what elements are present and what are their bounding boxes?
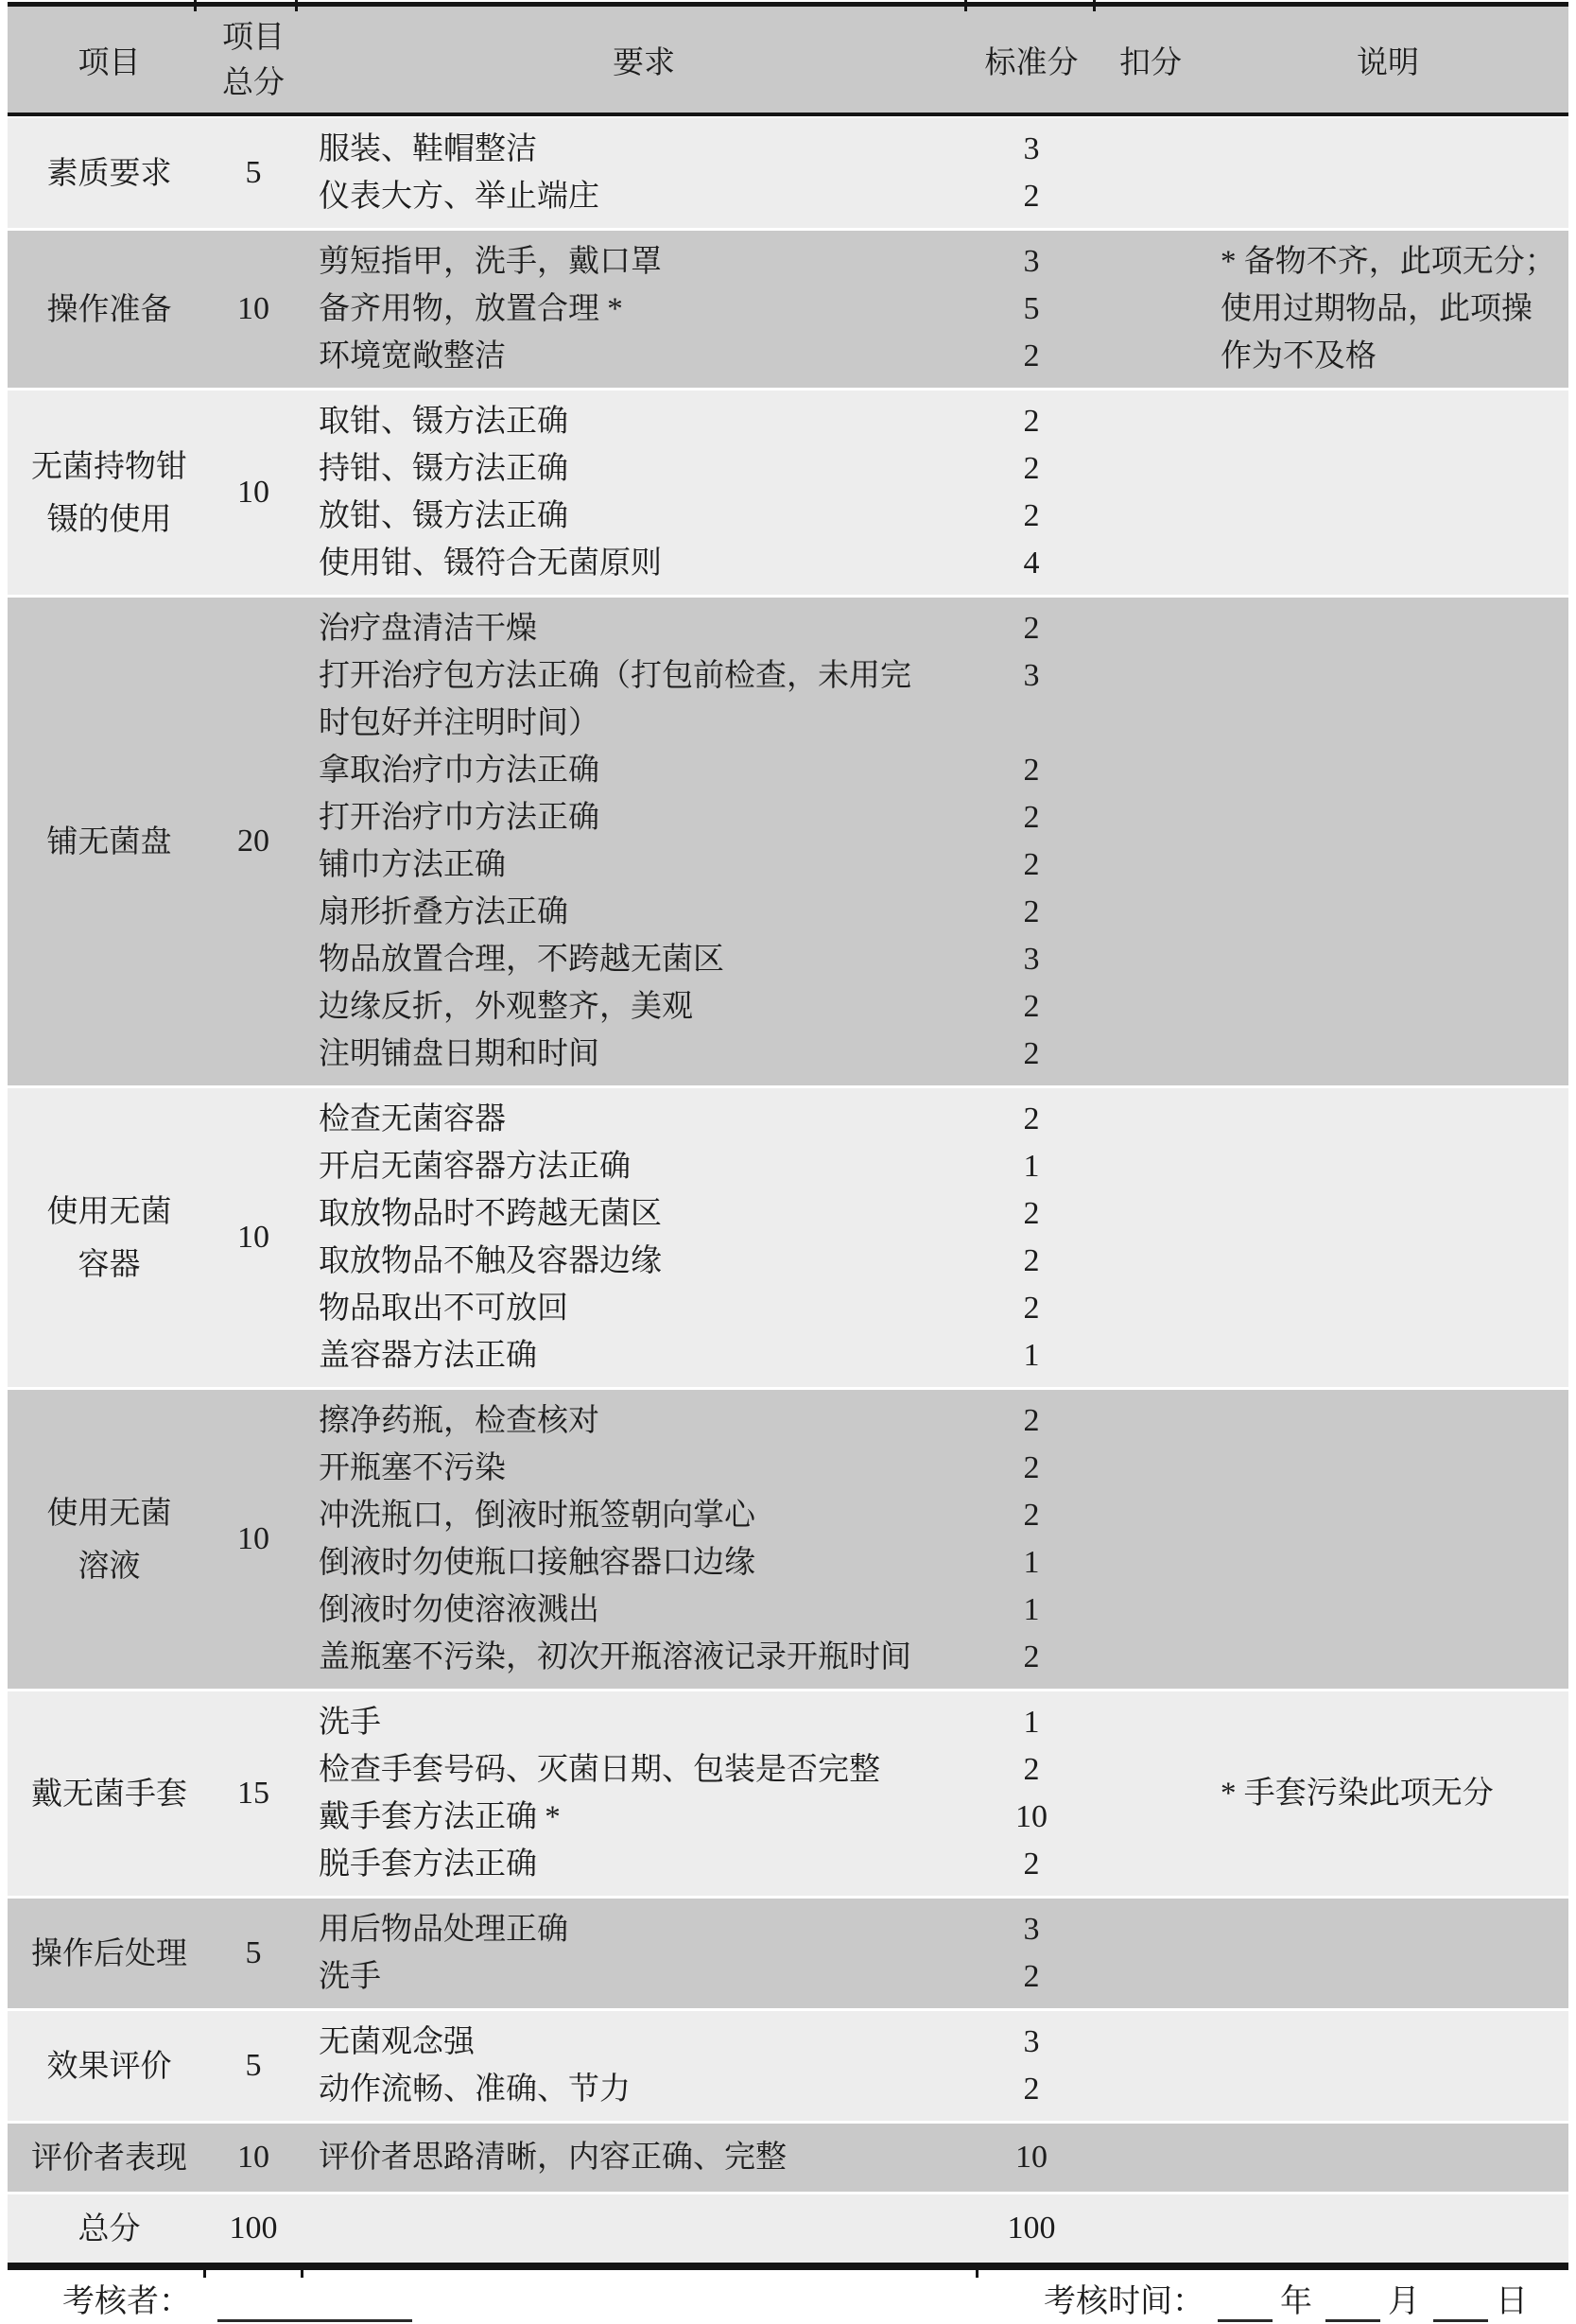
requirement-score: 3 [969, 2019, 1094, 2066]
requirement-score: 2 [969, 333, 1094, 380]
requirement-score: 2 [969, 605, 1094, 652]
deduction-cell [1094, 1906, 1207, 2001]
requirement-line: 服装、鞋帽整洁 [319, 126, 969, 173]
requirement-row: 检查无菌容器 2 [296, 1096, 1094, 1143]
table-row-section: 素质要求 5 服装、鞋帽整洁 3 仪表大方、举止端庄 2 [8, 118, 1568, 228]
requirement-line: 盖瓶塞不污染，初次开瓶溶液记录开瓶时间 [319, 1634, 969, 1681]
item-name-line: 评价者表现 [31, 2131, 187, 2184]
assessor-field: 考核者： [62, 2275, 412, 2322]
column-tick [964, 0, 967, 11]
page-footer: 考核者： 考核时间：年月日 [0, 2267, 1576, 2324]
requirement-text: 盖容器方法正确 [319, 1332, 969, 1379]
requirement-text: 拿取治疗巾方法正确 [319, 747, 969, 794]
requirement-score: 2 [969, 841, 1094, 889]
requirement-text: 剪短指甲，洗手，戴口罩 [319, 238, 969, 286]
assessor-label: 考核者： [62, 2284, 191, 2319]
deduction-cell [1094, 1397, 1207, 1681]
requirement-score: 2 [969, 2066, 1094, 2113]
requirement-row: 使用钳、镊符合无菌原则 4 [296, 540, 1094, 587]
requirement-row: 铺巾方法正确 2 [296, 841, 1094, 889]
requirement-row: 盖容器方法正确 1 [296, 1332, 1094, 1379]
scanned-assessment-page: { "table": { "header": { "col_item": "项目… [0, 0, 1576, 2324]
requirement-row: 开瓶塞不污染 2 [296, 1445, 1094, 1492]
item-name-line: 总分 [78, 2202, 141, 2255]
requirement-line: 打开治疗包方法正确（打包前检查，未用完 [319, 652, 969, 700]
item-total: 5 [211, 1906, 296, 2001]
requirement-score: 2 [969, 1445, 1094, 1492]
table-row-section: 戴无菌手套 15 洗手 1 检查手套号码、灭菌日期、包装是否完整 2 戴手套方法… [8, 1691, 1568, 1896]
requirement-text: 注明铺盘日期和时间 [319, 1031, 969, 1078]
item-total: 10 [211, 1096, 296, 1379]
requirement-text: 持钳、镊方法正确 [319, 445, 969, 493]
table-row-section: 操作后处理 5 用后物品处理正确 3 洗手 2 [8, 1899, 1568, 2008]
item-name: 使用无菌溶液 [8, 1397, 211, 1681]
table-header-row: 项目 项目 总分 要求 标准分 扣分 说明 [8, 7, 1568, 113]
day-label: 日 [1496, 2284, 1528, 2319]
item-name-line: 效果评价 [47, 2039, 172, 2092]
requirements: 服装、鞋帽整洁 3 仪表大方、举止端庄 2 [296, 126, 1094, 220]
requirement-text: 倒液时勿使瓶口接触容器口边缘 [319, 1539, 969, 1587]
requirement-score: 2 [969, 493, 1094, 540]
requirement-text: 取放物品时不跨越无菌区 [319, 1190, 969, 1238]
requirements: 洗手 1 检查手套号码、灭菌日期、包装是否完整 2 戴手套方法正确 * 10 脱… [296, 1699, 1094, 1888]
requirement-text: 物品取出不可放回 [319, 1285, 969, 1332]
requirement-line: 拿取治疗巾方法正确 [319, 747, 969, 794]
table-row-section: 操作准备 10 剪短指甲，洗手，戴口罩 3 备齐用物，放置合理 * 5 环境宽敞… [8, 231, 1568, 388]
requirement-score: 1 [969, 1699, 1094, 1746]
requirement-score: 1 [969, 1539, 1094, 1587]
month-label: 月 [1388, 2284, 1420, 2319]
requirement-score: 2 [969, 1285, 1094, 1332]
requirement-row: 备齐用物，放置合理 * 5 [296, 286, 1094, 333]
requirement-score: 2 [969, 1031, 1094, 1078]
requirement-line: 边缘反折，外观整齐，美观 [319, 983, 969, 1031]
item-name: 铺无菌盘 [8, 605, 211, 1078]
requirement-row: 洗手 2 [296, 1953, 1094, 2001]
column-tick [1093, 0, 1096, 11]
requirement-line: 用后物品处理正确 [319, 1906, 969, 1953]
note-line: * 手套污染此项无分 [1221, 1770, 1568, 1817]
requirement-row: 用后物品处理正确 3 [296, 1906, 1094, 1953]
column-tick [295, 0, 298, 11]
item-total: 5 [211, 126, 296, 220]
deduction-cell [1094, 2202, 1207, 2255]
requirement-row: 盖瓶塞不污染，初次开瓶溶液记录开瓶时间 2 [296, 1634, 1094, 1681]
requirements: 100 [296, 2202, 1094, 2255]
item-name: 无菌持物钳镊的使用 [8, 398, 211, 587]
assessment-time-label: 考核时间： [1044, 2284, 1204, 2319]
item-name-line: 溶液 [78, 1539, 141, 1592]
requirement-line: 备齐用物，放置合理 * [319, 286, 969, 333]
requirement-score: 2 [969, 1190, 1094, 1238]
item-total: 15 [211, 1699, 296, 1888]
note [1207, 126, 1568, 220]
requirement-line: 取钳、镊方法正确 [319, 398, 969, 445]
table-row-section: 总分 100 100 [8, 2194, 1568, 2263]
requirement-line: 放钳、镊方法正确 [319, 493, 969, 540]
requirement-score: 2 [969, 1397, 1094, 1445]
requirement-text: 动作流畅、准确、节力 [319, 2066, 969, 2113]
requirement-text: 评价者思路清晰，内容正确、完整 [319, 2134, 969, 2181]
requirement-line: 倒液时勿使溶液溅出 [319, 1587, 969, 1634]
item-total: 10 [211, 1397, 296, 1681]
deduction-cell [1094, 398, 1207, 587]
assessor-blank-line [217, 2319, 412, 2322]
requirement-row: 擦净药瓶，检查核对 2 [296, 1397, 1094, 1445]
requirement-text: 盖瓶塞不污染，初次开瓶溶液记录开瓶时间 [319, 1634, 969, 1681]
requirement-text: 洗手 [319, 1953, 969, 2001]
requirements: 剪短指甲，洗手，戴口罩 3 备齐用物，放置合理 * 5 环境宽敞整洁 2 [296, 238, 1094, 380]
requirement-score: 3 [969, 238, 1094, 286]
year-label: 年 [1280, 2284, 1312, 2319]
note-line: 作为不及格 [1221, 333, 1568, 380]
requirement-score: 3 [969, 652, 1094, 700]
requirement-line: 铺巾方法正确 [319, 841, 969, 889]
requirement-score: 1 [969, 1143, 1094, 1190]
table-row-section: 铺无菌盘 20 治疗盘清洁干燥 2 打开治疗包方法正确（打包前检查，未用完时包好… [8, 598, 1568, 1085]
header-col-item: 项目 [8, 38, 211, 82]
header-col-notes: 说明 [1207, 38, 1568, 82]
assessment-table: 项目 项目 总分 要求 标准分 扣分 说明 素质要求 5 服装、鞋帽整洁 3 仪… [8, 0, 1568, 2270]
requirements: 治疗盘清洁干燥 2 打开治疗包方法正确（打包前检查，未用完时包好并注明时间） 3… [296, 605, 1094, 1078]
requirement-row: 服装、鞋帽整洁 3 [296, 126, 1094, 173]
requirement-line: 取放物品不触及容器边缘 [319, 1238, 969, 1285]
requirement-text: 洗手 [319, 1699, 969, 1746]
requirement-score: 2 [969, 794, 1094, 841]
requirement-row: 持钳、镊方法正确 2 [296, 445, 1094, 493]
deduction-cell [1094, 1096, 1207, 1379]
requirement-text: 开启无菌容器方法正确 [319, 1143, 969, 1190]
header-col-standard-score: 标准分 [969, 38, 1094, 82]
requirement-line: 动作流畅、准确、节力 [319, 2066, 969, 2113]
requirement-line: 物品取出不可放回 [319, 1285, 969, 1332]
item-total: 5 [211, 2019, 296, 2113]
requirement-row: 检查手套号码、灭菌日期、包装是否完整 2 [296, 1746, 1094, 1794]
requirement-row: 100 [296, 2205, 1094, 2252]
requirement-row: 环境宽敞整洁 2 [296, 333, 1094, 380]
requirements: 检查无菌容器 2 开启无菌容器方法正确 1 取放物品时不跨越无菌区 2 取放物品… [296, 1096, 1094, 1379]
requirement-line: 剪短指甲，洗手，戴口罩 [319, 238, 969, 286]
table-row-section: 使用无菌溶液 10 擦净药瓶，检查核对 2 开瓶塞不污染 2 冲洗瓶口，倒液时瓶… [8, 1390, 1568, 1689]
requirement-line: 环境宽敞整洁 [319, 333, 969, 380]
requirement-row: 脱手套方法正确 2 [296, 1841, 1094, 1888]
item-name: 总分 [8, 2202, 211, 2255]
year-blank-line [1218, 2319, 1273, 2322]
requirement-line: 洗手 [319, 1699, 969, 1746]
requirement-text: 擦净药瓶，检查核对 [319, 1397, 969, 1445]
note: * 手套污染此项无分 [1207, 1699, 1568, 1888]
assessment-time-field: 考核时间：年月日 [1044, 2275, 1528, 2322]
requirement-score: 2 [969, 1492, 1094, 1539]
requirement-text: 冲洗瓶口，倒液时瓶签朝向掌心 [319, 1492, 969, 1539]
requirement-line: 无菌观念强 [319, 2019, 969, 2066]
requirement-row: 打开治疗包方法正确（打包前检查，未用完时包好并注明时间） 3 [296, 652, 1094, 747]
requirement-score: 1 [969, 1587, 1094, 1634]
deduction-cell [1094, 1699, 1207, 1888]
requirement-row: 边缘反折，外观整齐，美观 2 [296, 983, 1094, 1031]
requirement-text: 打开治疗巾方法正确 [319, 794, 969, 841]
requirement-text: 用后物品处理正确 [319, 1906, 969, 1953]
requirement-row: 取放物品不触及容器边缘 2 [296, 1238, 1094, 1285]
requirement-score: 2 [969, 1841, 1094, 1888]
note [1207, 2019, 1568, 2113]
requirement-score: 2 [969, 747, 1094, 794]
requirement-score: 2 [969, 1746, 1094, 1794]
requirement-line: 冲洗瓶口，倒液时瓶签朝向掌心 [319, 1492, 969, 1539]
requirement-text: 倒液时勿使溶液溅出 [319, 1587, 969, 1634]
requirement-line: 检查无菌容器 [319, 1096, 969, 1143]
header-col-deduction: 扣分 [1094, 38, 1207, 82]
requirement-row: 物品放置合理，不跨越无菌区 3 [296, 936, 1094, 983]
requirement-row: 开启无菌容器方法正确 1 [296, 1143, 1094, 1190]
requirement-score: 2 [969, 1953, 1094, 2001]
requirement-line: 开瓶塞不污染 [319, 1445, 969, 1492]
requirement-score: 3 [969, 126, 1094, 173]
requirement-score: 2 [969, 445, 1094, 493]
note [1207, 605, 1568, 1078]
requirement-text: 铺巾方法正确 [319, 841, 969, 889]
note-line: * 备物不齐，此项无分； [1221, 238, 1568, 286]
table-sections: 素质要求 5 服装、鞋帽整洁 3 仪表大方、举止端庄 2 操作准备 10 剪短指… [8, 118, 1568, 2263]
requirement-text: 扇形折叠方法正确 [319, 889, 969, 936]
requirement-line: 脱手套方法正确 [319, 1841, 969, 1888]
requirement-row: 仪表大方、举止端庄 2 [296, 173, 1094, 220]
header-col-item-total-line2: 总分 [211, 60, 296, 105]
item-name: 操作后处理 [8, 1906, 211, 2001]
requirement-score: 2 [969, 173, 1094, 220]
item-name-line: 操作后处理 [31, 1927, 187, 1980]
item-name-line: 铺无菌盘 [47, 815, 172, 868]
requirement-text: 戴手套方法正确 * [319, 1794, 969, 1841]
header-divider-rule [8, 113, 1568, 116]
note [1207, 2131, 1568, 2184]
requirement-line: 打开治疗巾方法正确 [319, 794, 969, 841]
requirements: 用后物品处理正确 3 洗手 2 [296, 1906, 1094, 2001]
deduction-cell [1094, 126, 1207, 220]
requirement-row: 注明铺盘日期和时间 2 [296, 1031, 1094, 1078]
requirement-row: 倒液时勿使溶液溅出 1 [296, 1587, 1094, 1634]
item-name-line: 素质要求 [47, 147, 172, 199]
requirement-row: 评价者思路清晰，内容正确、完整 10 [296, 2134, 1094, 2181]
requirements: 无菌观念强 3 动作流畅、准确、节力 2 [296, 2019, 1094, 2113]
deduction-cell [1094, 605, 1207, 1078]
requirement-row: 取放物品时不跨越无菌区 2 [296, 1190, 1094, 1238]
requirement-line: 检查手套号码、灭菌日期、包装是否完整 [319, 1746, 969, 1794]
requirement-line: 注明铺盘日期和时间 [319, 1031, 969, 1078]
item-name: 操作准备 [8, 238, 211, 380]
requirement-row: 扇形折叠方法正确 2 [296, 889, 1094, 936]
requirement-score: 4 [969, 540, 1094, 587]
table-row-section: 无菌持物钳镊的使用 10 取钳、镊方法正确 2 持钳、镊方法正确 2 放钳、镊方… [8, 390, 1568, 595]
item-name-line: 容器 [78, 1238, 141, 1291]
requirement-text: 备齐用物，放置合理 * [319, 286, 969, 333]
item-name-line: 使用无菌 [47, 1486, 172, 1539]
requirement-line: 扇形折叠方法正确 [319, 889, 969, 936]
requirement-row: 取钳、镊方法正确 2 [296, 398, 1094, 445]
item-total: 20 [211, 605, 296, 1078]
requirement-text: 环境宽敞整洁 [319, 333, 969, 380]
table-row-section: 效果评价 5 无菌观念强 3 动作流畅、准确、节力 2 [8, 2011, 1568, 2121]
requirement-score: 10 [969, 2134, 1094, 2181]
requirement-line: 取放物品时不跨越无菌区 [319, 1190, 969, 1238]
requirement-text: 使用钳、镊符合无菌原则 [319, 540, 969, 587]
requirement-row: 打开治疗巾方法正确 2 [296, 794, 1094, 841]
requirement-score: 2 [969, 398, 1094, 445]
requirement-text: 放钳、镊方法正确 [319, 493, 969, 540]
requirement-text: 取放物品不触及容器边缘 [319, 1238, 969, 1285]
requirement-text: 检查无菌容器 [319, 1096, 969, 1143]
requirement-line: 擦净药瓶，检查核对 [319, 1397, 969, 1445]
requirement-score: 10 [969, 1794, 1094, 1841]
item-name-line: 无菌持物钳 [31, 440, 187, 493]
requirement-score: 1 [969, 1332, 1094, 1379]
deduction-cell [1094, 2019, 1207, 2113]
header-col-item-total-line1: 项目 [211, 14, 296, 60]
header-col-requirements: 要求 [319, 38, 969, 82]
item-name: 使用无菌容器 [8, 1096, 211, 1379]
item-name: 戴无菌手套 [8, 1699, 211, 1888]
note: * 备物不齐，此项无分；使用过期物品，此项操作为不及格 [1207, 238, 1568, 380]
requirement-text: 开瓶塞不污染 [319, 1445, 969, 1492]
requirement-score: 2 [969, 1238, 1094, 1285]
requirement-text: 无菌观念强 [319, 2019, 969, 2066]
requirement-text: 服装、鞋帽整洁 [319, 126, 969, 173]
requirement-score: 2 [969, 889, 1094, 936]
requirement-text: 取钳、镊方法正确 [319, 398, 969, 445]
requirement-line: 持钳、镊方法正确 [319, 445, 969, 493]
requirement-score: 100 [969, 2205, 1094, 2252]
item-name-line: 操作准备 [47, 283, 172, 336]
column-tick [194, 0, 197, 11]
requirements: 擦净药瓶，检查核对 2 开瓶塞不污染 2 冲洗瓶口，倒液时瓶签朝向掌心 2 倒液… [296, 1397, 1094, 1681]
requirement-line: 物品放置合理，不跨越无菌区 [319, 936, 969, 983]
requirement-text: 脱手套方法正确 [319, 1841, 969, 1888]
requirement-score: 5 [969, 286, 1094, 333]
requirement-row: 戴手套方法正确 * 10 [296, 1794, 1094, 1841]
item-name-line: 戴无菌手套 [31, 1767, 187, 1820]
requirement-row: 放钳、镊方法正确 2 [296, 493, 1094, 540]
item-name: 效果评价 [8, 2019, 211, 2113]
item-total: 10 [211, 2131, 296, 2184]
requirement-text: 检查手套号码、灭菌日期、包装是否完整 [319, 1746, 969, 1794]
deduction-cell [1094, 238, 1207, 380]
requirements: 评价者思路清晰，内容正确、完整 10 [296, 2131, 1094, 2184]
requirement-line: 评价者思路清晰，内容正确、完整 [319, 2134, 969, 2181]
item-name-line: 使用无菌 [47, 1185, 172, 1238]
note [1207, 398, 1568, 587]
requirement-score: 2 [969, 983, 1094, 1031]
requirement-score: 2 [969, 1096, 1094, 1143]
header-col-item-total: 项目 总分 [211, 14, 296, 105]
requirement-row: 治疗盘清洁干燥 2 [296, 605, 1094, 652]
table-row-section: 评价者表现 10 评价者思路清晰，内容正确、完整 10 [8, 2124, 1568, 2192]
requirement-line: 戴手套方法正确 * [319, 1794, 969, 1841]
requirement-line: 时包好并注明时间） [319, 700, 969, 747]
requirement-row: 剪短指甲，洗手，戴口罩 3 [296, 238, 1094, 286]
item-total: 10 [211, 398, 296, 587]
requirement-line: 洗手 [319, 1953, 969, 2001]
requirement-score: 3 [969, 936, 1094, 983]
requirement-score: 3 [969, 1906, 1094, 1953]
requirement-line: 开启无菌容器方法正确 [319, 1143, 969, 1190]
requirement-row: 动作流畅、准确、节力 2 [296, 2066, 1094, 2113]
item-name: 素质要求 [8, 126, 211, 220]
deduction-cell [1094, 2131, 1207, 2184]
requirement-line: 治疗盘清洁干燥 [319, 605, 969, 652]
note-line: 使用过期物品，此项操 [1221, 286, 1568, 333]
note [1207, 1906, 1568, 2001]
day-blank-line [1433, 2319, 1488, 2322]
requirement-score: 2 [969, 1634, 1094, 1681]
item-total: 10 [211, 238, 296, 380]
item-name: 评价者表现 [8, 2131, 211, 2184]
requirement-line [319, 2205, 969, 2252]
requirement-row: 倒液时勿使瓶口接触容器口边缘 1 [296, 1539, 1094, 1587]
table-row-section: 使用无菌容器 10 检查无菌容器 2 开启无菌容器方法正确 1 取放物品时不跨越… [8, 1088, 1568, 1387]
requirement-line: 盖容器方法正确 [319, 1332, 969, 1379]
table-top-rule [8, 2, 1568, 7]
note [1207, 2202, 1568, 2255]
note [1207, 1397, 1568, 1681]
requirement-row: 冲洗瓶口，倒液时瓶签朝向掌心 2 [296, 1492, 1094, 1539]
requirement-line: 仪表大方、举止端庄 [319, 173, 969, 220]
month-blank-line [1325, 2319, 1380, 2322]
requirement-row: 物品取出不可放回 2 [296, 1285, 1094, 1332]
requirement-text: 打开治疗包方法正确（打包前检查，未用完时包好并注明时间） [319, 652, 969, 747]
requirement-row: 无菌观念强 3 [296, 2019, 1094, 2066]
requirement-text: 治疗盘清洁干燥 [319, 605, 969, 652]
requirement-row: 拿取治疗巾方法正确 2 [296, 747, 1094, 794]
requirement-line: 使用钳、镊符合无菌原则 [319, 540, 969, 587]
item-name-line: 镊的使用 [47, 493, 172, 546]
requirement-text: 边缘反折，外观整齐，美观 [319, 983, 969, 1031]
requirement-text [319, 2205, 969, 2252]
requirement-line: 倒液时勿使瓶口接触容器口边缘 [319, 1539, 969, 1587]
requirement-text: 物品放置合理，不跨越无菌区 [319, 936, 969, 983]
header-col-requirements-group: 要求 标准分 [296, 38, 1094, 82]
requirements: 取钳、镊方法正确 2 持钳、镊方法正确 2 放钳、镊方法正确 2 使用钳、镊符合… [296, 398, 1094, 587]
note [1207, 1096, 1568, 1379]
item-total: 100 [211, 2202, 296, 2255]
requirement-text: 仪表大方、举止端庄 [319, 173, 969, 220]
requirement-row: 洗手 1 [296, 1699, 1094, 1746]
